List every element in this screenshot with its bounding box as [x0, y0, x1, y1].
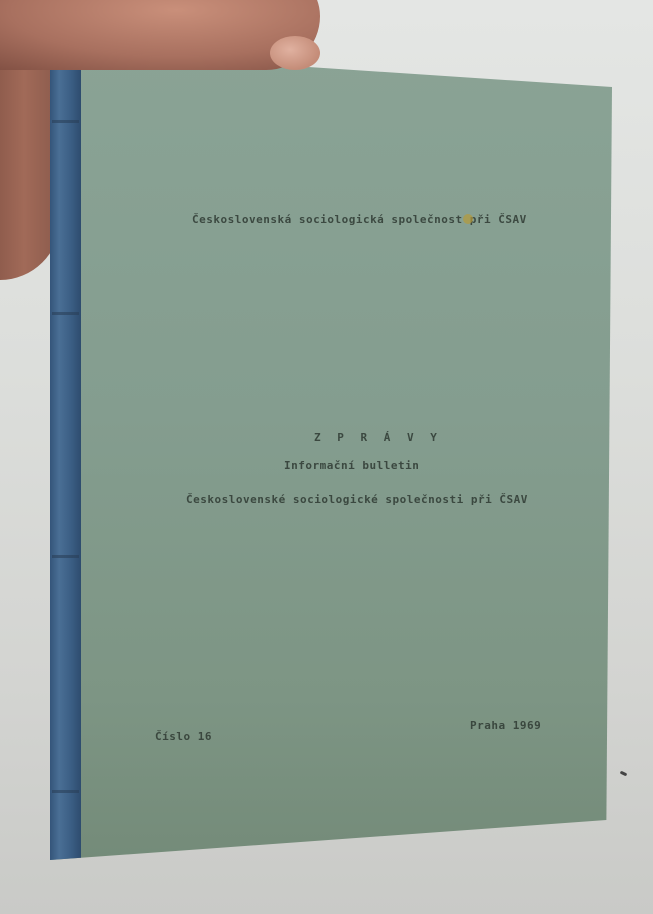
background-speck — [620, 771, 628, 777]
place-year: Praha 1969 — [470, 719, 541, 732]
booklet-cover: Československá sociologická společnost p… — [50, 50, 612, 860]
spine-mark — [52, 790, 79, 793]
spine-mark — [52, 312, 79, 315]
organization-name: Československá sociologická společnost p… — [192, 213, 527, 226]
photo-scene: Československá sociologická společnost p… — [0, 0, 653, 914]
spine-mark — [52, 555, 79, 558]
spine-mark — [52, 120, 79, 123]
booklet-spine — [50, 50, 81, 860]
publisher-line: Československé sociologické společnosti … — [186, 493, 528, 506]
thumb — [270, 36, 320, 70]
cover-title: Z P R Á V Y — [314, 431, 442, 444]
issue-number: Číslo 16 — [155, 730, 212, 743]
stain-mark — [463, 214, 473, 224]
cover-subtitle: Informační bulletin — [284, 459, 419, 472]
